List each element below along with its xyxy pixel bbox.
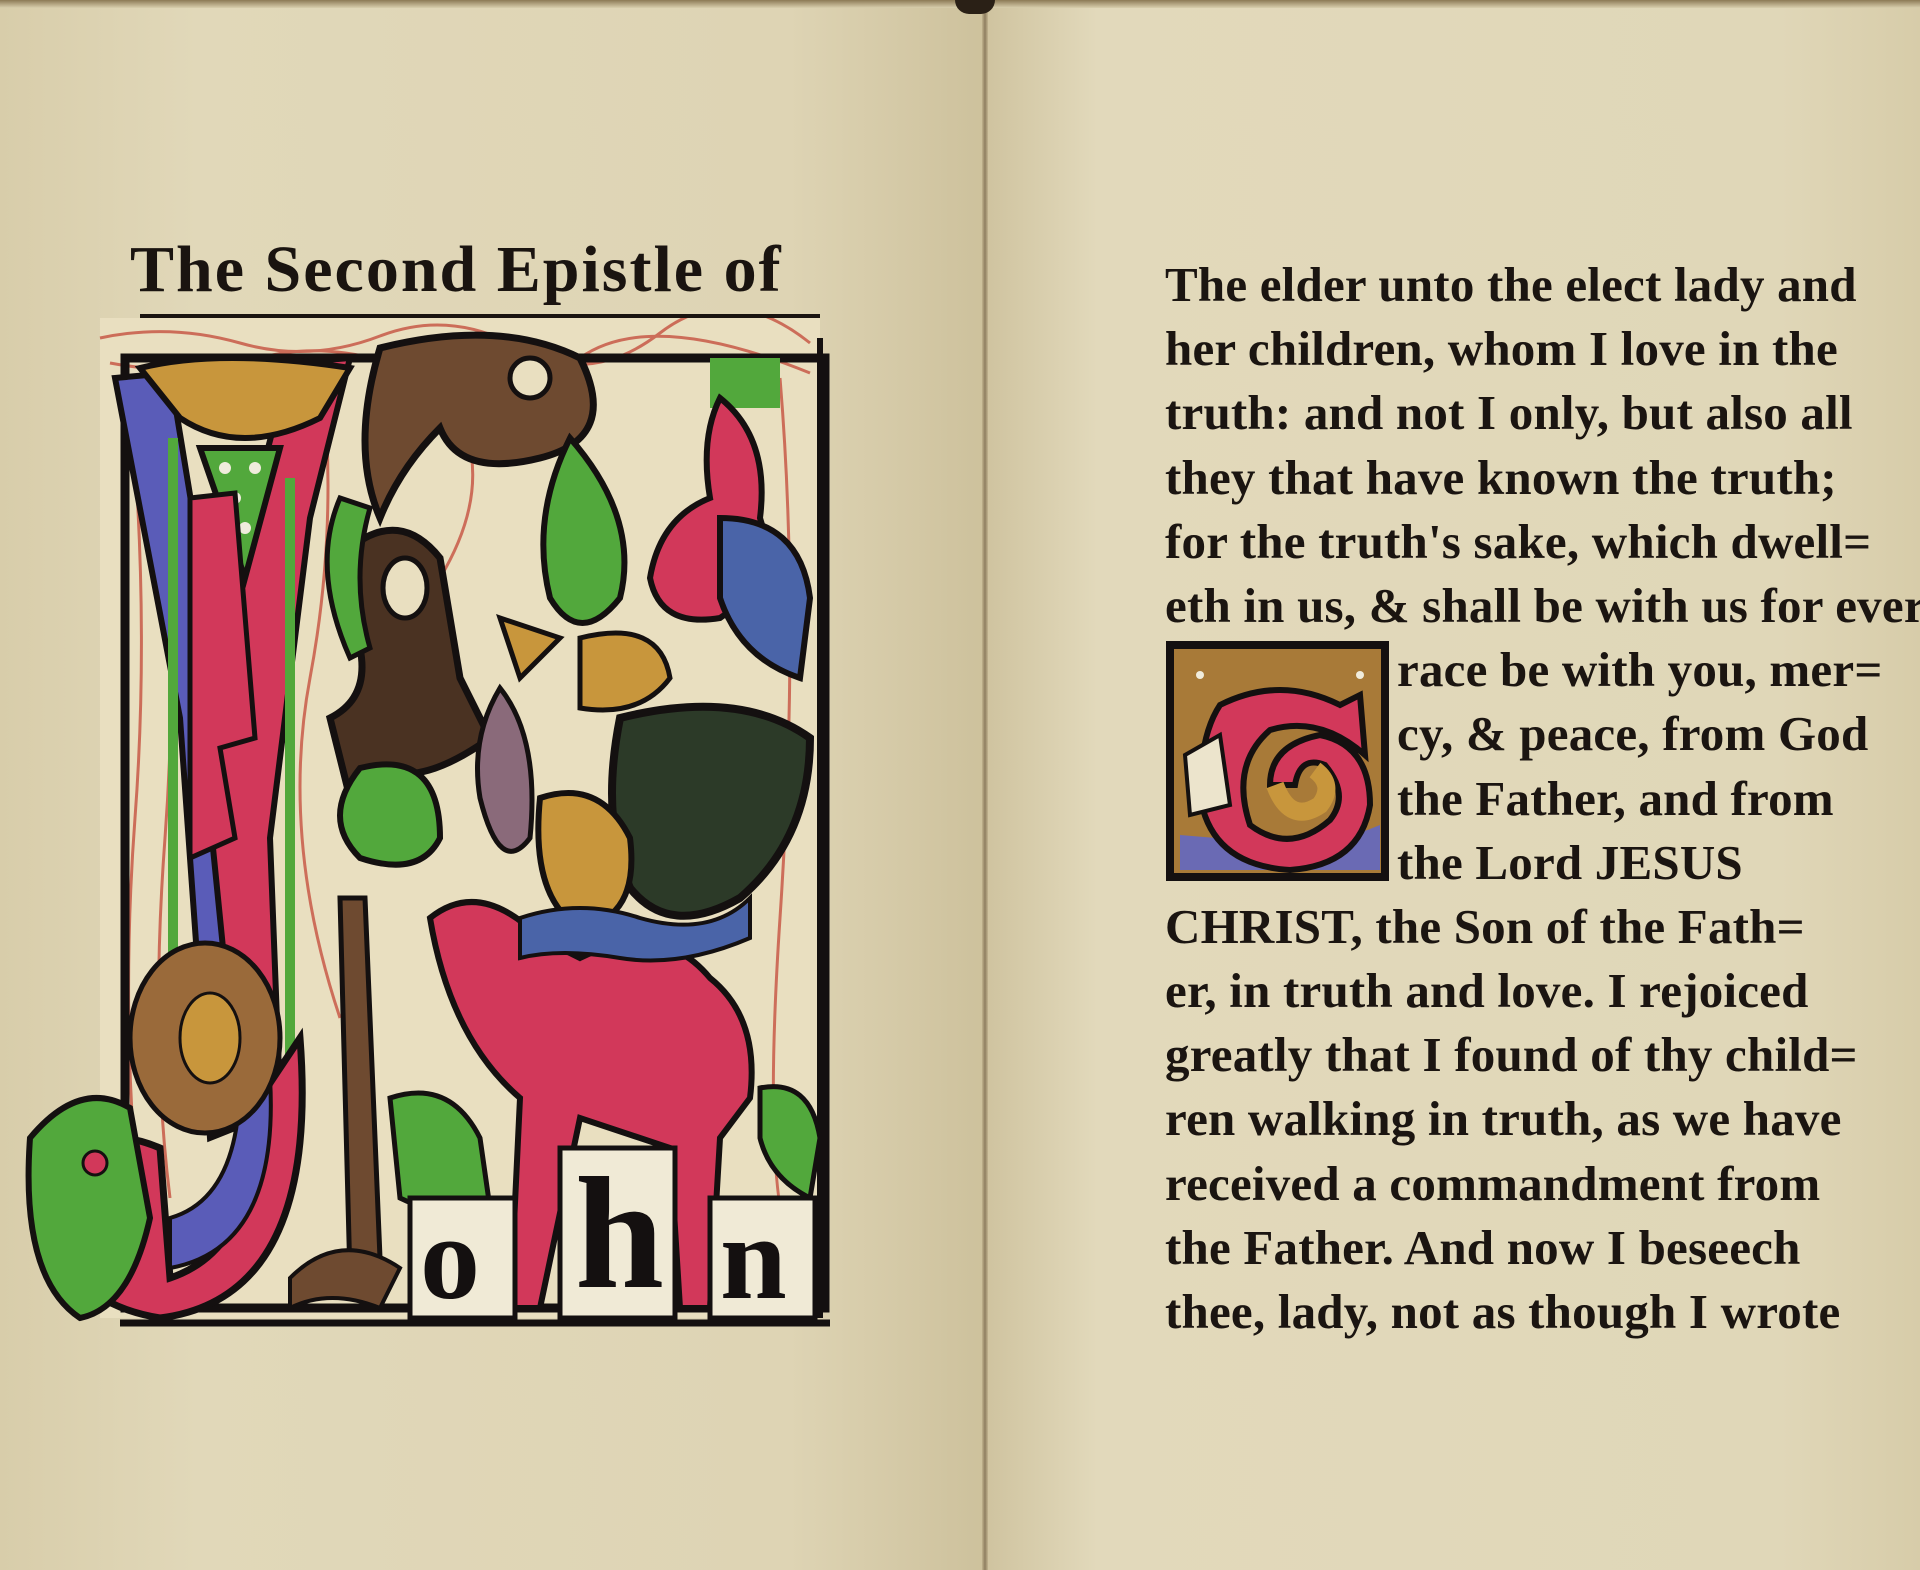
text-line: ren walking in truth, as we have <box>1165 1087 1885 1151</box>
text-line: they that have known the truth; <box>1165 446 1885 510</box>
text-line: eth in us, & shall be with us for ever <box>1165 574 1885 638</box>
initial-letter-o: o <box>420 1198 480 1318</box>
text-line: the Lord JESUS <box>1165 831 1885 895</box>
epistle-text: The elder unto the elect lady and her ch… <box>1165 253 1885 1344</box>
text-line: the Father. And now I beseech <box>1165 1216 1885 1280</box>
text-line: er, in truth and love. I rejoiced <box>1165 959 1885 1023</box>
text-line: The elder unto the elect lady and <box>1165 253 1885 317</box>
text-line: truth: and not I only, but also all <box>1165 381 1885 445</box>
text-line: thee, lady, not as though I wrote <box>1165 1280 1885 1344</box>
text-line: greatly that I found of thy child= <box>1165 1023 1885 1087</box>
text-line: race be with you, mer= <box>1165 638 1885 702</box>
book-spread: The Second Epistle of <box>0 0 1920 1570</box>
illuminated-initial-j: o h n <box>20 318 850 1358</box>
text-line: received a commandment from <box>1165 1152 1885 1216</box>
text-line: CHRIST, the Son of the Fath= <box>1165 895 1885 959</box>
text-line: her children, whom I love in the <box>1165 317 1885 381</box>
initial-letter-n: n <box>720 1198 787 1318</box>
initial-letter-h: h <box>575 1153 664 1313</box>
text-line: the Father, and from <box>1165 767 1885 831</box>
page-title: The Second Epistle of <box>130 232 830 308</box>
text-line: cy, & peace, from God <box>1165 702 1885 766</box>
book-gutter <box>982 0 988 1570</box>
text-line: for the truth's sake, which dwell= <box>1165 510 1885 574</box>
